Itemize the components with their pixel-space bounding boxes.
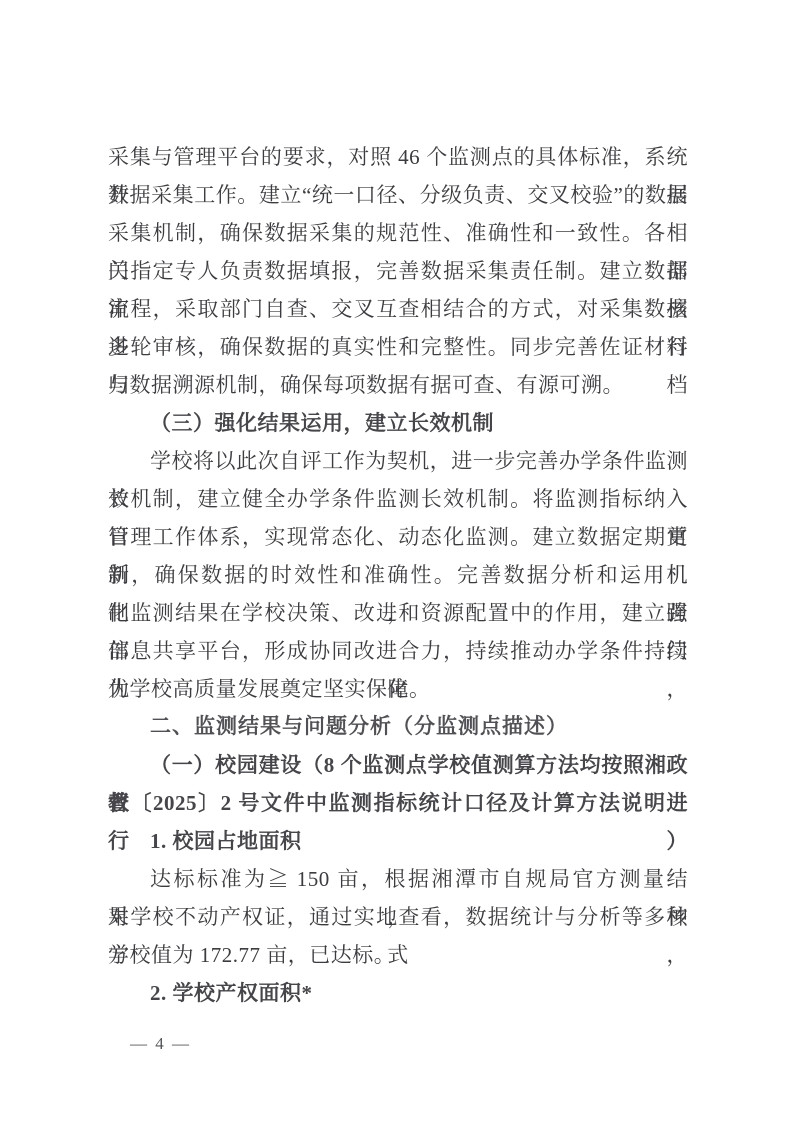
text-line: 达标标准为≧ 150 亩，根据湘潭市自规局官方测量结果，核 — [108, 860, 688, 898]
text-line: 流程，采取部门自查、交叉互查相结合的方式，对采集数据进行 — [108, 290, 688, 328]
text-line: 学校将以此次自评工作为契机，进一步完善办学条件监测长 — [108, 442, 688, 480]
text-line: 数据采集工作。建立“统一口径、分级负责、交叉校验”的数据 — [108, 176, 688, 214]
document-page: 采集与管理平台的要求，对照 46 个监测点的具体标准，系统开展数据采集工作。建立… — [0, 0, 793, 1122]
text-line: （一）校园建设（8 个监测点学校值测算方法均按照湘政教 — [108, 746, 688, 784]
text-line: 制，确保数据的时效性和准确性。完善数据分析和运用机制，强 — [108, 556, 688, 594]
text-line: 效机制，建立健全办学条件监测长效机制。将监测指标纳入日常 — [108, 480, 688, 518]
page-footer: — 4 — — [130, 1032, 191, 1056]
text-line: 信息共享平台，形成协同改进合力，持续推动办学条件持续优化， — [108, 632, 688, 670]
text-line: 管理工作体系，实现常态化、动态化监测。建立数据定期更新机 — [108, 518, 688, 556]
text-line: 二、监测结果与问题分析（分监测点描述） — [108, 708, 688, 746]
document-body: 采集与管理平台的要求，对照 46 个监测点的具体标准，系统开展数据采集工作。建立… — [108, 138, 688, 1012]
text-line: 采集与管理平台的要求，对照 46 个监测点的具体标准，系统开展 — [108, 138, 688, 176]
text-line: 督〔2025〕2 号文件中监测指标统计口径及计算方法说明进行） — [108, 784, 688, 822]
text-line: 化监测结果在学校决策、改进和资源配置中的作用，建立跨部门 — [108, 594, 688, 632]
text-line: 与数据溯源机制，确保每项数据有据可查、有源可溯。 — [108, 366, 688, 404]
text-line: （三）强化结果运用，建立长效机制 — [108, 404, 688, 442]
text-line: 2. 学校产权面积* — [108, 974, 688, 1012]
text-line: 多轮审核，确保数据的真实性和完整性。同步完善佐证材料归档 — [108, 328, 688, 366]
text-line: 对学校不动产权证，通过实地查看，数据统计与分析等多种方式， — [108, 898, 688, 936]
text-line: 采集机制，确保数据采集的规范性、准确性和一致性。各相关部 — [108, 214, 688, 252]
text-line: 门指定专人负责数据填报，完善数据采集责任制。建立数据审核 — [108, 252, 688, 290]
page-number: — 4 — — [130, 1034, 191, 1053]
